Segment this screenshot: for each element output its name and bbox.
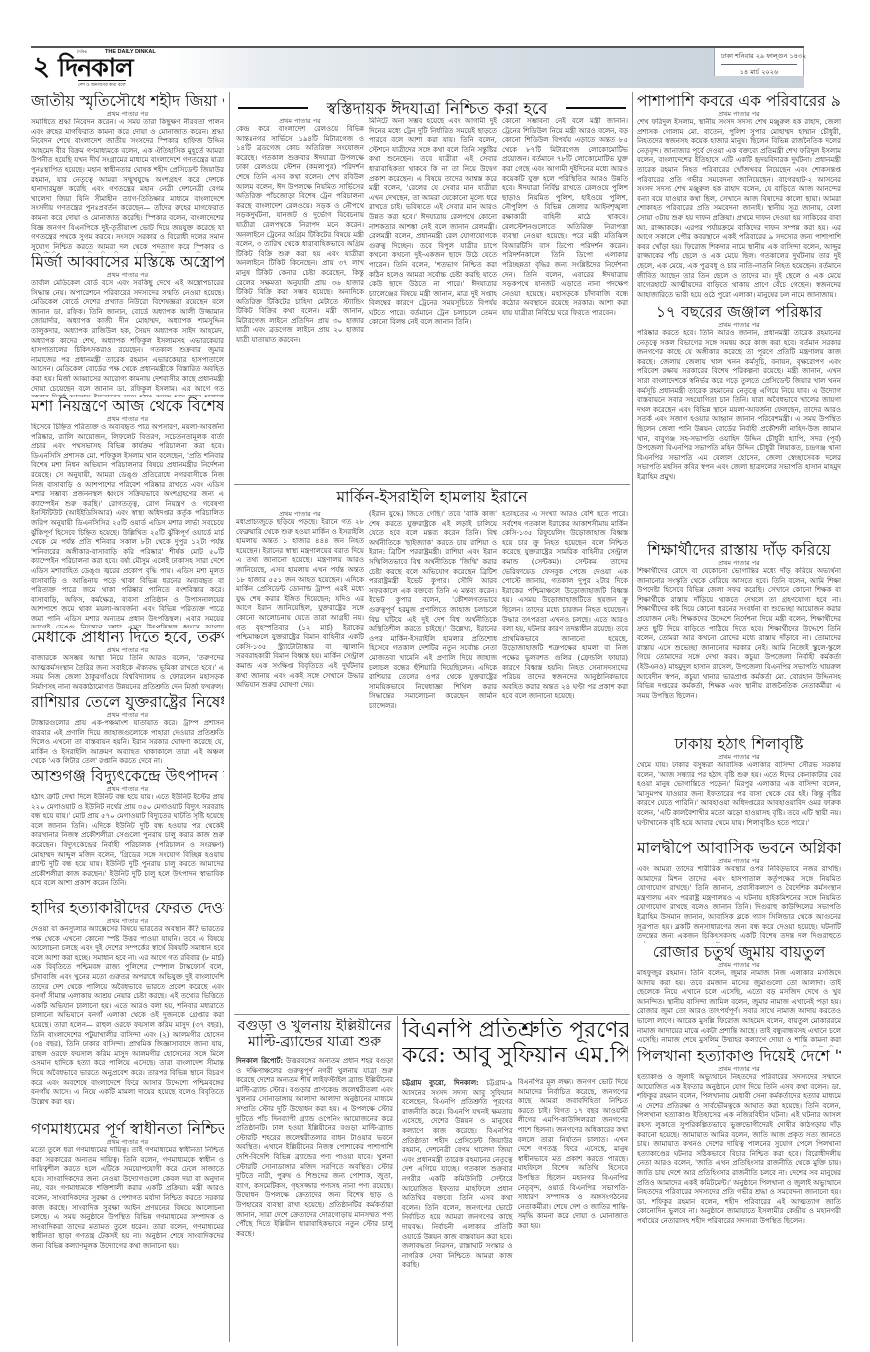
article-zia-tribute[interactable]: জাতীয় স্মৃতিসৌধে শহীদ জিয়া ও প্রথম পাত… <box>31 92 224 253</box>
article-headline[interactable]: হাদির হত্যাকারীদের ফেরত দেওয়ার <box>31 899 224 917</box>
article-kicker: প্রথম পাতার পর <box>31 711 224 719</box>
eid-travel-col-2: মিনিটে অনা সম্ভব হয়েছে এবং আগামী দুই দি… <box>369 117 497 482</box>
article-headline[interactable]: মালদ্বীপে আবাসিক ভবনে অগ্নিকাণ্ডে <box>637 839 841 857</box>
abu-sufian-col-2: বিএনপির মূল লক্ষ্য। জনগণ ভোট দিয়ে আমাদে… <box>518 1078 629 1328</box>
right-column: পাশাপাশি কবরে এক পরিবারের ৯ জন প্রথম পাত… <box>637 92 841 1347</box>
column-divider-right <box>632 92 633 1342</box>
article-body: ট্যাঙ্কারগুলোর প্রায় এক-পঞ্চমাংশ যাতায়… <box>31 719 224 767</box>
article-body: উত্তরবঙ্গের অন্যতম প্রধান শহর বগুড়া ও দ… <box>236 1057 393 1238</box>
article-body: হত্যাকাণ্ড ও জুলাই অভ্যুত্থানে নিহতদের প… <box>637 1073 841 1238</box>
article-body: শিক্ষার্থীদের রোদে বা যেকোনো ভোগান্তির ম… <box>637 567 841 735</box>
article-kicker: প্রথম পাতার পর <box>31 110 224 118</box>
dateline: দিনকাল রিপোর্ট: <box>236 1056 283 1065</box>
article-kicker: প্রথম পাতার পর <box>637 559 841 567</box>
illiyeen-story[interactable]: বগুড়া ও খুলনায় ইল্লিয়ীনের মাল্টি-ব্র্… <box>236 1018 393 1348</box>
section-divider <box>234 1014 630 1015</box>
article-kicker: প্রথম পাতার পর <box>31 271 224 279</box>
abu-sufian-story[interactable]: বিএনপি প্রতিশ্রুতি পূরণের রাজনীতি করে: আ… <box>402 1018 628 1348</box>
newspaper-page: ২ দৈনিক THE DAILY DINKAL দিনকাল দেশ ও জন… <box>0 0 870 1352</box>
article-headline[interactable]: শিক্ষার্থীদের রাস্তায় দাঁড় করিয়ে <box>637 541 841 559</box>
article-body: (ইরান যুদ্ধে) জিতে গেছি।' তবে 'বাকি কাজ'… <box>369 510 497 711</box>
date-bangla: ঢাকা শনিবার ২৯ ফাল্গুন ১৪৩২ <box>721 48 797 65</box>
article-mosquito-control[interactable]: মশা নিয়ন্ত্রণে আজ থেকে বিশেষ প্রথম পাতা… <box>31 397 224 628</box>
article-maldives-fire[interactable]: মালদ্বীপে আবাসিক ভবনে অগ্নিকাণ্ডে প্রথম … <box>637 839 841 943</box>
column-divider-bottom <box>397 1016 398 1346</box>
article-kicker: প্রথম পাতার পর <box>31 415 224 423</box>
illiyeen-headline-line-2[interactable]: মাল্টি-ব্র্যান্ডের যাত্রা শুরু <box>236 1034 393 1050</box>
article-body: কেন্দ্র করে বাংলাদেশ রেলওয়ে বিভিন্ন আন্… <box>236 125 364 346</box>
iran-headline[interactable]: মার্কিন-ইসরাইলি হামলায় ইরানে <box>236 488 628 506</box>
date-gregorian: ১৪ মার্চ ২০২৬ <box>715 65 803 78</box>
eid-travel-col-3: কোনো সম্ভাবনা নেই বলে মন্ত্রী জানান। ট্র… <box>502 117 628 482</box>
dateline: চট্টগ্রাম ব্যুরো, দিনকাল: <box>402 1078 479 1087</box>
article-headline[interactable]: মশা নিয়ন্ত্রণে আজ থেকে বিশেষ <box>31 397 224 415</box>
article-body: তার্বাল মেডিকেল বোর্ড বসে এবং সবকিছু দেখ… <box>31 279 224 397</box>
article-kicker: প্রথম পাতার পর <box>637 1065 841 1073</box>
article-talent-youth[interactable]: মেধাকে প্রাধান্য দিতে হবে, তরুণদের প্রথম… <box>31 628 224 693</box>
article-headline[interactable]: মির্জা আব্বাসের মস্তিষ্কে অস্ত্রোপচার <box>31 253 224 271</box>
article-headline[interactable]: পিলখানা হত্যাকাণ্ড দিয়েই দেশে 'খুনের <box>637 1047 841 1065</box>
article-kicker: প্রথম পাতার পর <box>31 1138 224 1146</box>
article-body: হিসেবে চিহ্নিত পরিত্যক্ত ও অব্যবহৃত পাত্… <box>31 423 224 628</box>
iran-headline-wrap: মার্কিন-ইসরাইলি হামলায় ইরানে <box>236 488 628 508</box>
article-kicker: প্রথম পাতার পর <box>637 753 841 761</box>
article-hadi-killers[interactable]: হাদির হত্যাকারীদের ফেরত দেওয়ার প্রথম পা… <box>31 899 224 1120</box>
article-body: পরিষ্কার করতে হবে। তিনি আরও জানান, প্রধা… <box>637 329 841 541</box>
article-kicker: প্রথম পাতার পর <box>637 321 841 329</box>
article-kicker: প্রথম পাতার পর <box>31 646 224 654</box>
article-nine-graves[interactable]: পাশাপাশি কবরে এক পরিবারের ৯ জন প্রথম পাত… <box>637 92 841 303</box>
column-divider-left <box>229 92 230 1342</box>
article-kicker: প্রথম পাতার পর <box>236 510 364 518</box>
article-headline[interactable]: গণমাধ্যমের পূর্ণ স্বাধীনতা নিশ্চিত করা <box>31 1120 224 1138</box>
eid-travel-col-1: প্রথম পাতার পর কেন্দ্র করে বাংলাদেশ রেলও… <box>236 117 364 482</box>
article-dhaka-hailstorm[interactable]: ঢাকায় হঠাৎ শিলাবৃষ্টি প্রথম পাতার পর থে… <box>637 735 841 839</box>
article-headline[interactable]: আশুগঞ্জ বিদ্যুৎকেন্দ্রে উৎপাদন বন্ধ <box>31 767 224 785</box>
left-column: জাতীয় স্মৃতিসৌধে শহীদ জিয়া ও প্রথম পাত… <box>31 92 224 1347</box>
abu-sufian-col-1: চট্টগ্রাম ব্যুরো, দিনকাল: চট্টগ্রাম-৯ আস… <box>402 1078 513 1328</box>
article-body: হঠাৎ ত্রুটি দেখা দিলে ইউনিট বন্ধ হয়ে যা… <box>31 793 224 899</box>
article-17-years-garbage[interactable]: ১৭ বছরের জঞ্জাল পরিষ্কার প্রথম পাতার পর … <box>637 303 841 541</box>
newspaper-logo[interactable]: দৈনিক THE DAILY DINKAL দিনকাল দেশ ও জনগণ… <box>58 49 158 87</box>
iran-col-3: হতাহতের এ সংখ্যা আরও বেশি হতে পারে। সর্ব… <box>502 510 628 1010</box>
article-headline[interactable]: রাশিয়ার তেলে যুক্তরাষ্ট্রের নিষেধাজ্ঞা <box>31 693 224 711</box>
article-kicker: প্রথম পাতার পর <box>637 110 841 118</box>
date-box: ঢাকা শনিবার ২৯ ফাল্গুন ১৪৩২ ১৪ মার্চ ২০২… <box>714 48 804 76</box>
article-headline[interactable]: ঢাকায় হঠাৎ শিলাবৃষ্টি <box>637 735 841 753</box>
headline-rule-right <box>566 107 626 109</box>
article-headline[interactable]: মেধাকে প্রাধান্য দিতে হবে, তরুণদের <box>31 628 224 646</box>
iran-col-1: প্রথম পাতার পর মধ্যপ্রাচ্যজুড়ে ছড়িয়ে … <box>236 510 364 1010</box>
article-headline[interactable]: পাশাপাশি কবরে এক পরিবারের ৯ জন <box>637 92 841 110</box>
article-body: কোনো সম্ভাবনা নেই বলে মন্ত্রী জানান। ট্র… <box>502 117 628 318</box>
article-headline[interactable]: জাতীয় স্মৃতিসৌধে শহীদ জিয়া ও <box>31 92 224 110</box>
logo-bangla-name: দিনকাল <box>58 56 133 80</box>
article-body: মধ্যপ্রাচ্যজুড়ে ছড়িয়ে পড়ছে। ইরানে গত… <box>236 518 364 691</box>
article-kicker: প্রথম পাতার পর <box>637 961 841 969</box>
article-body: দেওয়া বা কনস্যুলার অ্যাক্সেসের বিষয়ে ভ… <box>31 925 224 1120</box>
article-body: হতাহতের এ সংখ্যা আরও বেশি হতে পারে। সর্ব… <box>502 510 628 702</box>
section-divider <box>234 484 630 485</box>
article-body: মতো তুলে ধরা গণমাধ্যমের দায়িত্ব। তাই গণ… <box>31 1146 224 1346</box>
article-body: সমাধিতে শ্রদ্ধা নিবেদন করেন। এ সময় তারা… <box>31 118 224 253</box>
article-body: চট্টগ্রাম-৯ আসনের সংসদ সদস্য আবু সুফিয়া… <box>402 1079 513 1269</box>
article-mirza-abbas[interactable]: মির্জা আব্বাসের মস্তিষ্কে অস্ত্রোপচার প্… <box>31 253 224 397</box>
article-headline[interactable]: রোজার চতুর্থ জুমায় বায়তুল <box>637 943 841 961</box>
article-body: থেমে যায়। ঢাকার বসুন্ধরা আবাসিক এলাকার … <box>637 761 841 839</box>
article-body: এবং আমরা তাদের শারীরিক অবস্থার ওপর নিবিড… <box>637 865 841 943</box>
page-number: ২ <box>33 52 50 82</box>
article-body: শেখ ফরিদুল ইসলাম, স্থানীয় সংসদ সদস্য শে… <box>637 118 841 303</box>
article-pilkhana[interactable]: পিলখানা হত্যাকাণ্ড দিয়েই দেশে 'খুনের প্… <box>637 1047 841 1238</box>
article-ashuganj-power[interactable]: আশুগঞ্জ বিদ্যুৎকেন্দ্রে উৎপাদন বন্ধ প্রথ… <box>31 767 224 899</box>
article-headline[interactable]: ১৭ বছরের জঞ্জাল পরিষ্কার <box>637 303 841 321</box>
article-kicker: প্রথম পাতার পর <box>236 117 364 125</box>
article-kicker: প্রথম পাতার পর <box>637 857 841 865</box>
article-body: বাজারকে অসম্ভব আস্থা নিয়ে তিনি আরও বলেন… <box>31 654 224 693</box>
headline-rule-left <box>238 107 308 109</box>
article-body: মাহফুজুর রহমান। তিনি বলেন, জুমার নামাজ ন… <box>637 969 841 1047</box>
article-kicker: প্রথম পাতার পর <box>31 785 224 793</box>
article-baitul-mukarram[interactable]: রোজার চতুর্থ জুমায় বায়তুল প্রথম পাতার … <box>637 943 841 1047</box>
article-media-freedom[interactable]: গণমাধ্যমের পূর্ণ স্বাধীনতা নিশ্চিত করা প… <box>31 1120 224 1346</box>
abu-sufian-headline-line-2[interactable]: করে: আবু সুফিয়ান এম.পি <box>402 1043 628 1068</box>
abu-sufian-headline-line-1[interactable]: বিএনপি প্রতিশ্রুতি পূরণের রাজনীতি <box>402 1018 628 1043</box>
article-russia-oil[interactable]: রাশিয়ার তেলে যুক্তরাষ্ট্রের নিষেধাজ্ঞা … <box>31 693 224 767</box>
logo-tagline: দেশ ও জনগণের কথা বলে <box>78 80 126 89</box>
article-students-street[interactable]: শিক্ষার্থীদের রাস্তায় দাঁড় করিয়ে প্রথ… <box>637 541 841 735</box>
article-body: মিনিটে অনা সম্ভব হয়েছে এবং আগামী দুই দি… <box>369 117 497 328</box>
iran-col-2: (ইরান যুদ্ধে) জিতে গেছি।' তবে 'বাকি কাজ'… <box>369 510 497 1010</box>
illiyeen-headline-line-1[interactable]: বগুড়া ও খুলনায় ইল্লিয়ীনের <box>236 1018 393 1034</box>
article-kicker: প্রথম পাতার পর <box>31 917 224 925</box>
